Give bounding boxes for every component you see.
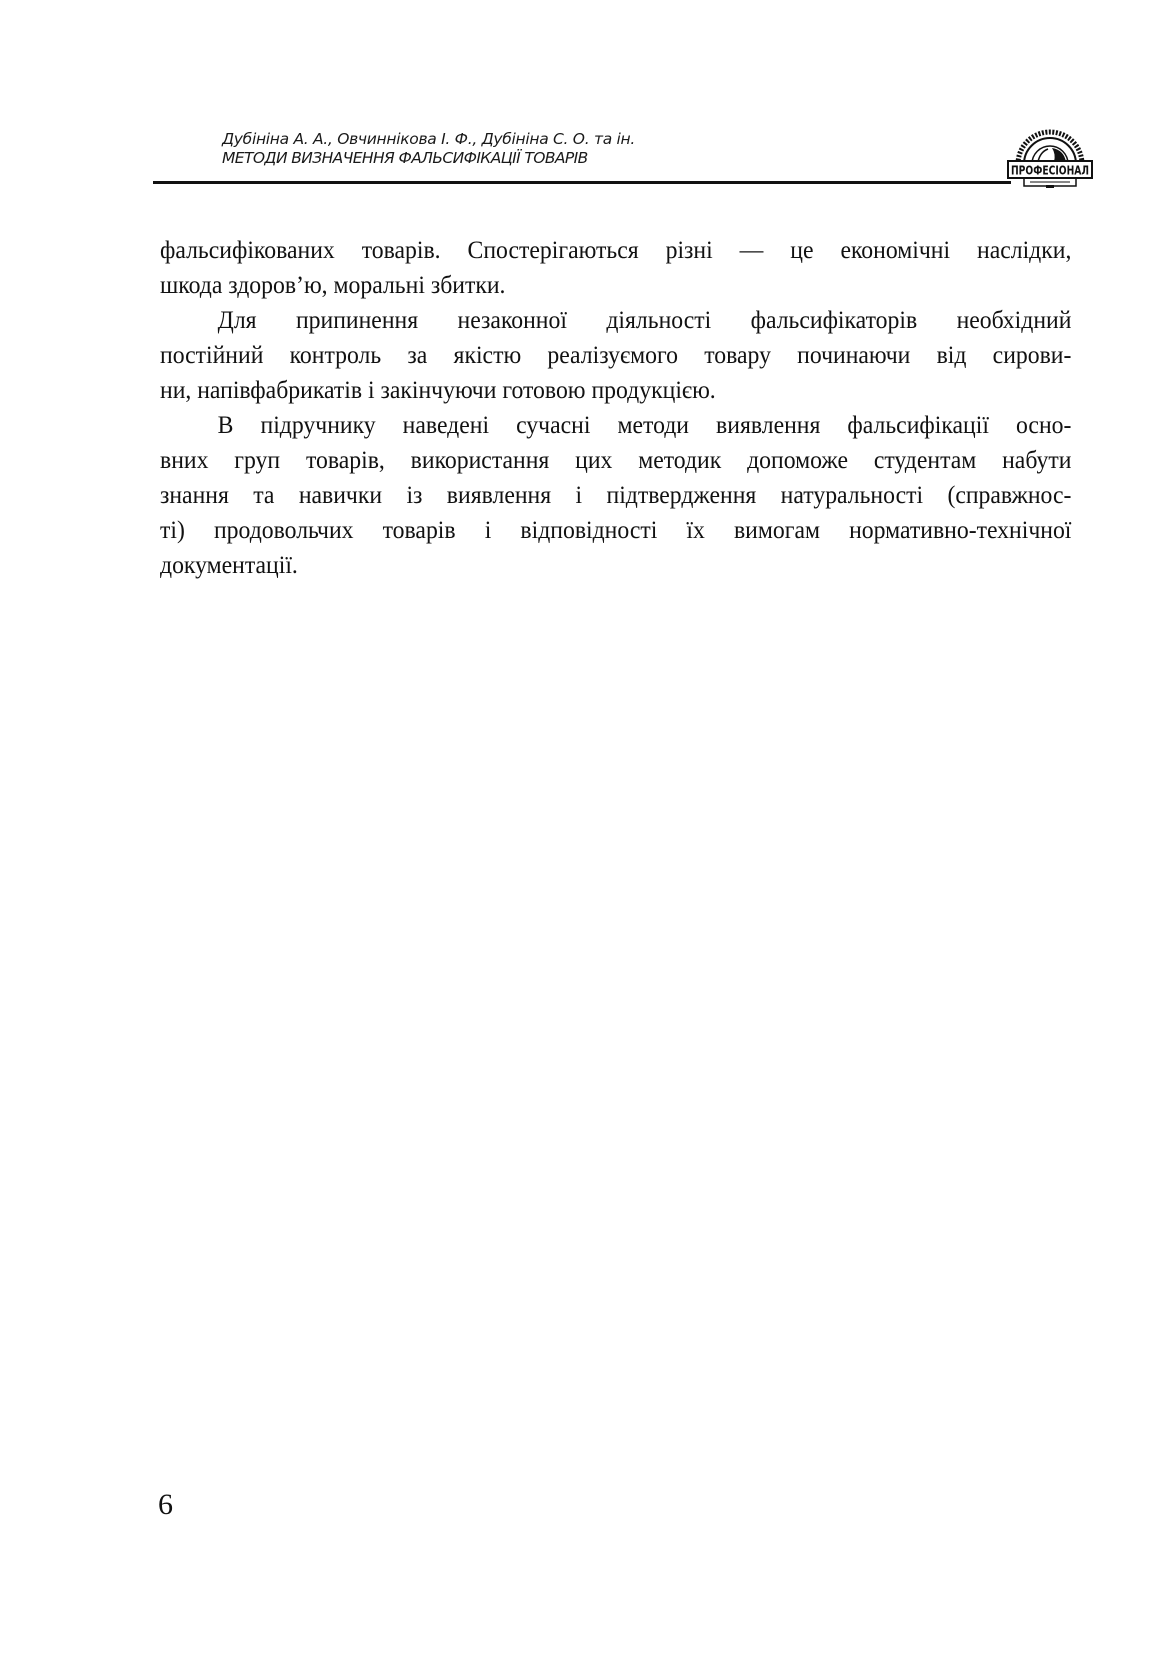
text-line: шкода здоров’ю, моральні збитки. bbox=[160, 267, 1071, 302]
text-line: ни, напівфабрикатів і закінчуючи готовою… bbox=[160, 372, 1071, 407]
body-text: фальсифікованих товарів. Спостерігаються… bbox=[160, 232, 1071, 582]
text-line: постійний контроль за якістю реалізуємог… bbox=[160, 337, 1071, 372]
svg-text:ПРОФЕСІОНАЛ: ПРОФЕСІОНАЛ bbox=[1011, 164, 1089, 178]
text-line: документації. bbox=[160, 547, 1071, 582]
text-line: ті) продовольчих товарів і відповідності… bbox=[160, 512, 1071, 547]
paragraph: В підручнику наведені сучасні методи вия… bbox=[160, 407, 1071, 582]
page-number: 6 bbox=[158, 1488, 173, 1522]
text-line: вних груп товарів, використання цих мето… bbox=[160, 442, 1071, 477]
running-head-book-title: МЕТОДИ ВИЗНАЧЕННЯ ФАЛЬСИФІКАЦІЇ ТОВАРІВ bbox=[222, 149, 635, 168]
header-rule bbox=[153, 181, 1011, 184]
publisher-logo-icon: ПРОФЕСІОНАЛ bbox=[1002, 128, 1098, 194]
paragraph: Для припинення незаконної діяльності фал… bbox=[160, 302, 1071, 407]
document-page: Дубініна А. А., Овчиннікова І. Ф., Дубін… bbox=[0, 0, 1167, 1653]
running-head: Дубініна А. А., Овчиннікова І. Ф., Дубін… bbox=[222, 130, 635, 168]
paragraph: фальсифікованих товарів. Спостерігаються… bbox=[160, 232, 1071, 302]
text-line: В підручнику наведені сучасні методи вия… bbox=[160, 407, 1071, 442]
text-line: Для припинення незаконної діяльності фал… bbox=[160, 302, 1071, 337]
text-line: знання та навички із виявлення і підтвер… bbox=[160, 477, 1071, 512]
running-head-authors: Дубініна А. А., Овчиннікова І. Ф., Дубін… bbox=[222, 130, 635, 149]
text-line: фальсифікованих товарів. Спостерігаються… bbox=[160, 232, 1071, 267]
